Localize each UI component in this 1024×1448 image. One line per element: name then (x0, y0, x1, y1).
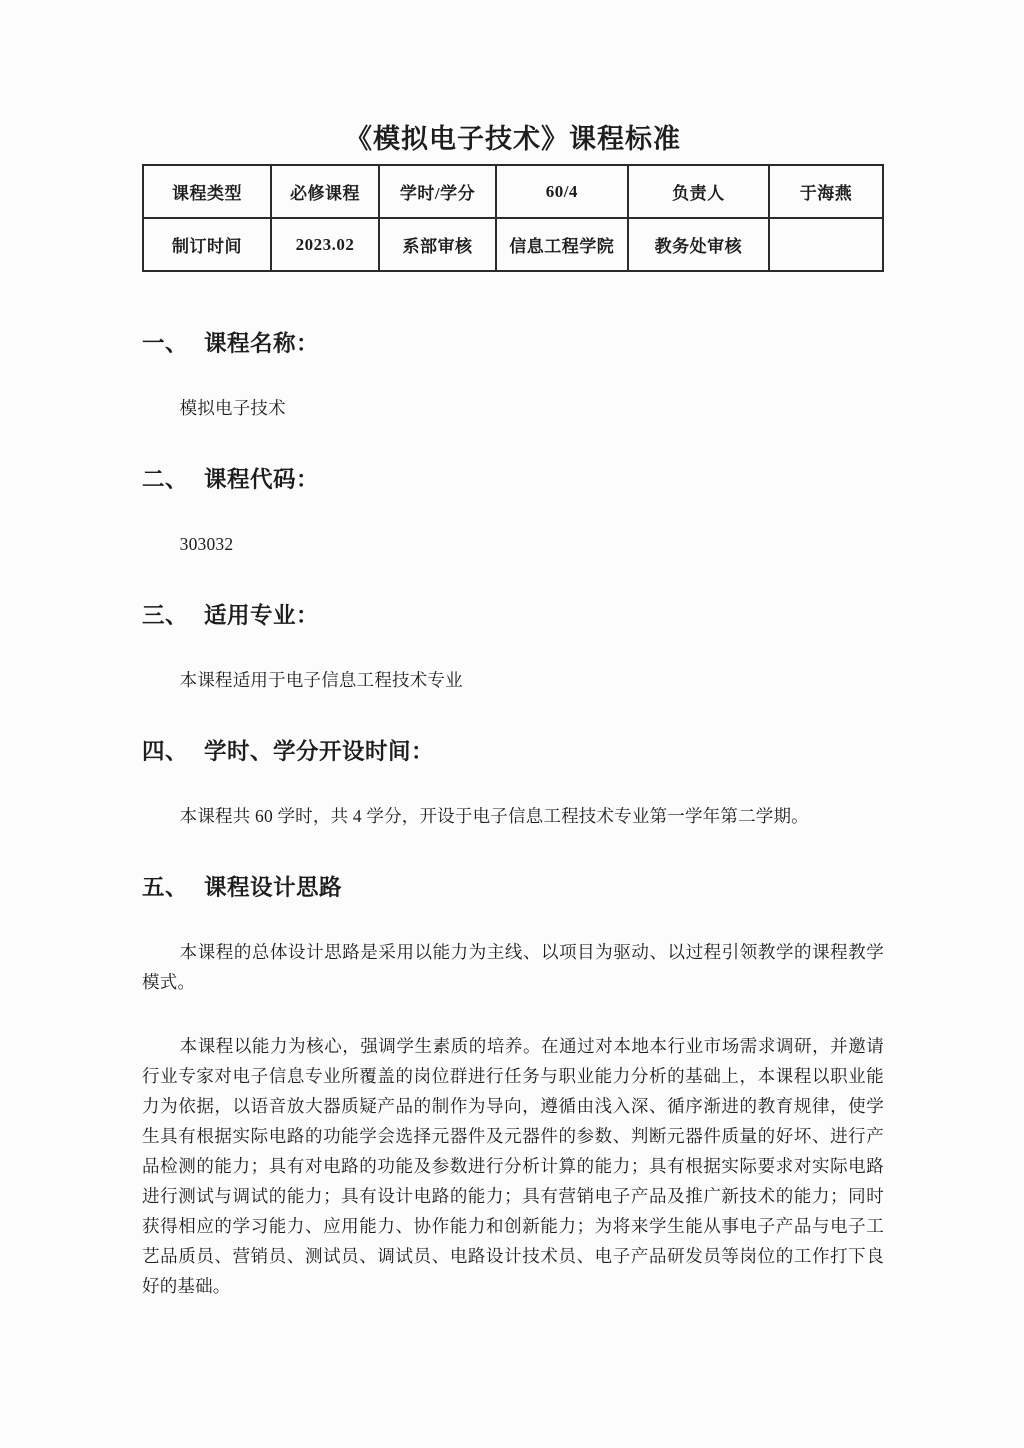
section-title: 适用专业： (204, 603, 319, 628)
table-cell-course-type-label: 课程类型 (143, 165, 271, 218)
table-cell-person-in-charge-label: 负责人 (628, 165, 769, 218)
table-cell-hours-credits-label: 学时/学分 (379, 165, 496, 218)
section-number: 二、 (142, 465, 188, 495)
paragraph: 本课程的总体设计思路是采用以能力为主线、以项目为驱动、以过程引领教学的课程教学模… (142, 937, 884, 997)
document-page: 《模拟电子技术》课程标准 课程类型 必修课程 学时/学分 60/4 负责人 于海… (0, 0, 1024, 1448)
section-course-name: 一、课程名称： 模拟电子技术 (142, 329, 884, 423)
paragraph: 303032 (142, 529, 884, 559)
table-cell-hours-credits-value: 60/4 (496, 165, 628, 218)
section-heading: 二、课程代码： (142, 465, 884, 495)
section-heading: 五、课程设计思路 (142, 873, 884, 903)
section-course-design: 五、课程设计思路 本课程的总体设计思路是采用以能力为主线、以项目为驱动、以过程引… (142, 873, 884, 1301)
table-row: 课程类型 必修课程 学时/学分 60/4 负责人 于海燕 (143, 165, 883, 218)
paragraph: 本课程共 60 学时，共 4 学分，开设于电子信息工程技术专业第一学年第二学期。 (142, 801, 884, 831)
table-cell-dept-review-label: 系部审核 (379, 218, 496, 271)
section-hours-credits-schedule: 四、学时、学分开设时间： 本课程共 60 学时，共 4 学分，开设于电子信息工程… (142, 737, 884, 831)
table-row: 制订时间 2023.02 系部审核 信息工程学院 教务处审核 (143, 218, 883, 271)
course-info-table: 课程类型 必修课程 学时/学分 60/4 负责人 于海燕 制订时间 2023.0… (142, 164, 884, 272)
section-number: 五、 (142, 873, 188, 903)
table-cell-academic-review-value (769, 218, 883, 271)
paragraph: 本课程以能力为核心，强调学生素质的培养。在通过对本地本行业市场需求调研，并邀请行… (142, 1031, 884, 1301)
table-cell-date-value: 2023.02 (271, 218, 379, 271)
section-applicable-major: 三、适用专业： 本课程适用于电子信息工程技术专业 (142, 601, 884, 695)
section-title: 课程名称： (204, 331, 319, 356)
section-title: 课程设计思路 (204, 875, 342, 900)
table-cell-person-in-charge-value: 于海燕 (769, 165, 883, 218)
table-cell-date-label: 制订时间 (143, 218, 271, 271)
document-title: 《模拟电子技术》课程标准 (142, 122, 884, 156)
table-cell-academic-review-label: 教务处审核 (628, 218, 769, 271)
table-cell-course-type-value: 必修课程 (271, 165, 379, 218)
section-heading: 四、学时、学分开设时间： (142, 737, 884, 767)
section-heading: 三、适用专业： (142, 601, 884, 631)
table-cell-dept-review-value: 信息工程学院 (496, 218, 628, 271)
section-heading: 一、课程名称： (142, 329, 884, 359)
paragraph: 模拟电子技术 (142, 393, 884, 423)
section-number: 一、 (142, 329, 188, 359)
section-course-code: 二、课程代码： 303032 (142, 465, 884, 559)
section-number: 四、 (142, 737, 188, 767)
paragraph: 本课程适用于电子信息工程技术专业 (142, 665, 884, 695)
section-title: 课程代码： (204, 467, 319, 492)
section-title: 学时、学分开设时间： (204, 739, 434, 764)
section-number: 三、 (142, 601, 188, 631)
